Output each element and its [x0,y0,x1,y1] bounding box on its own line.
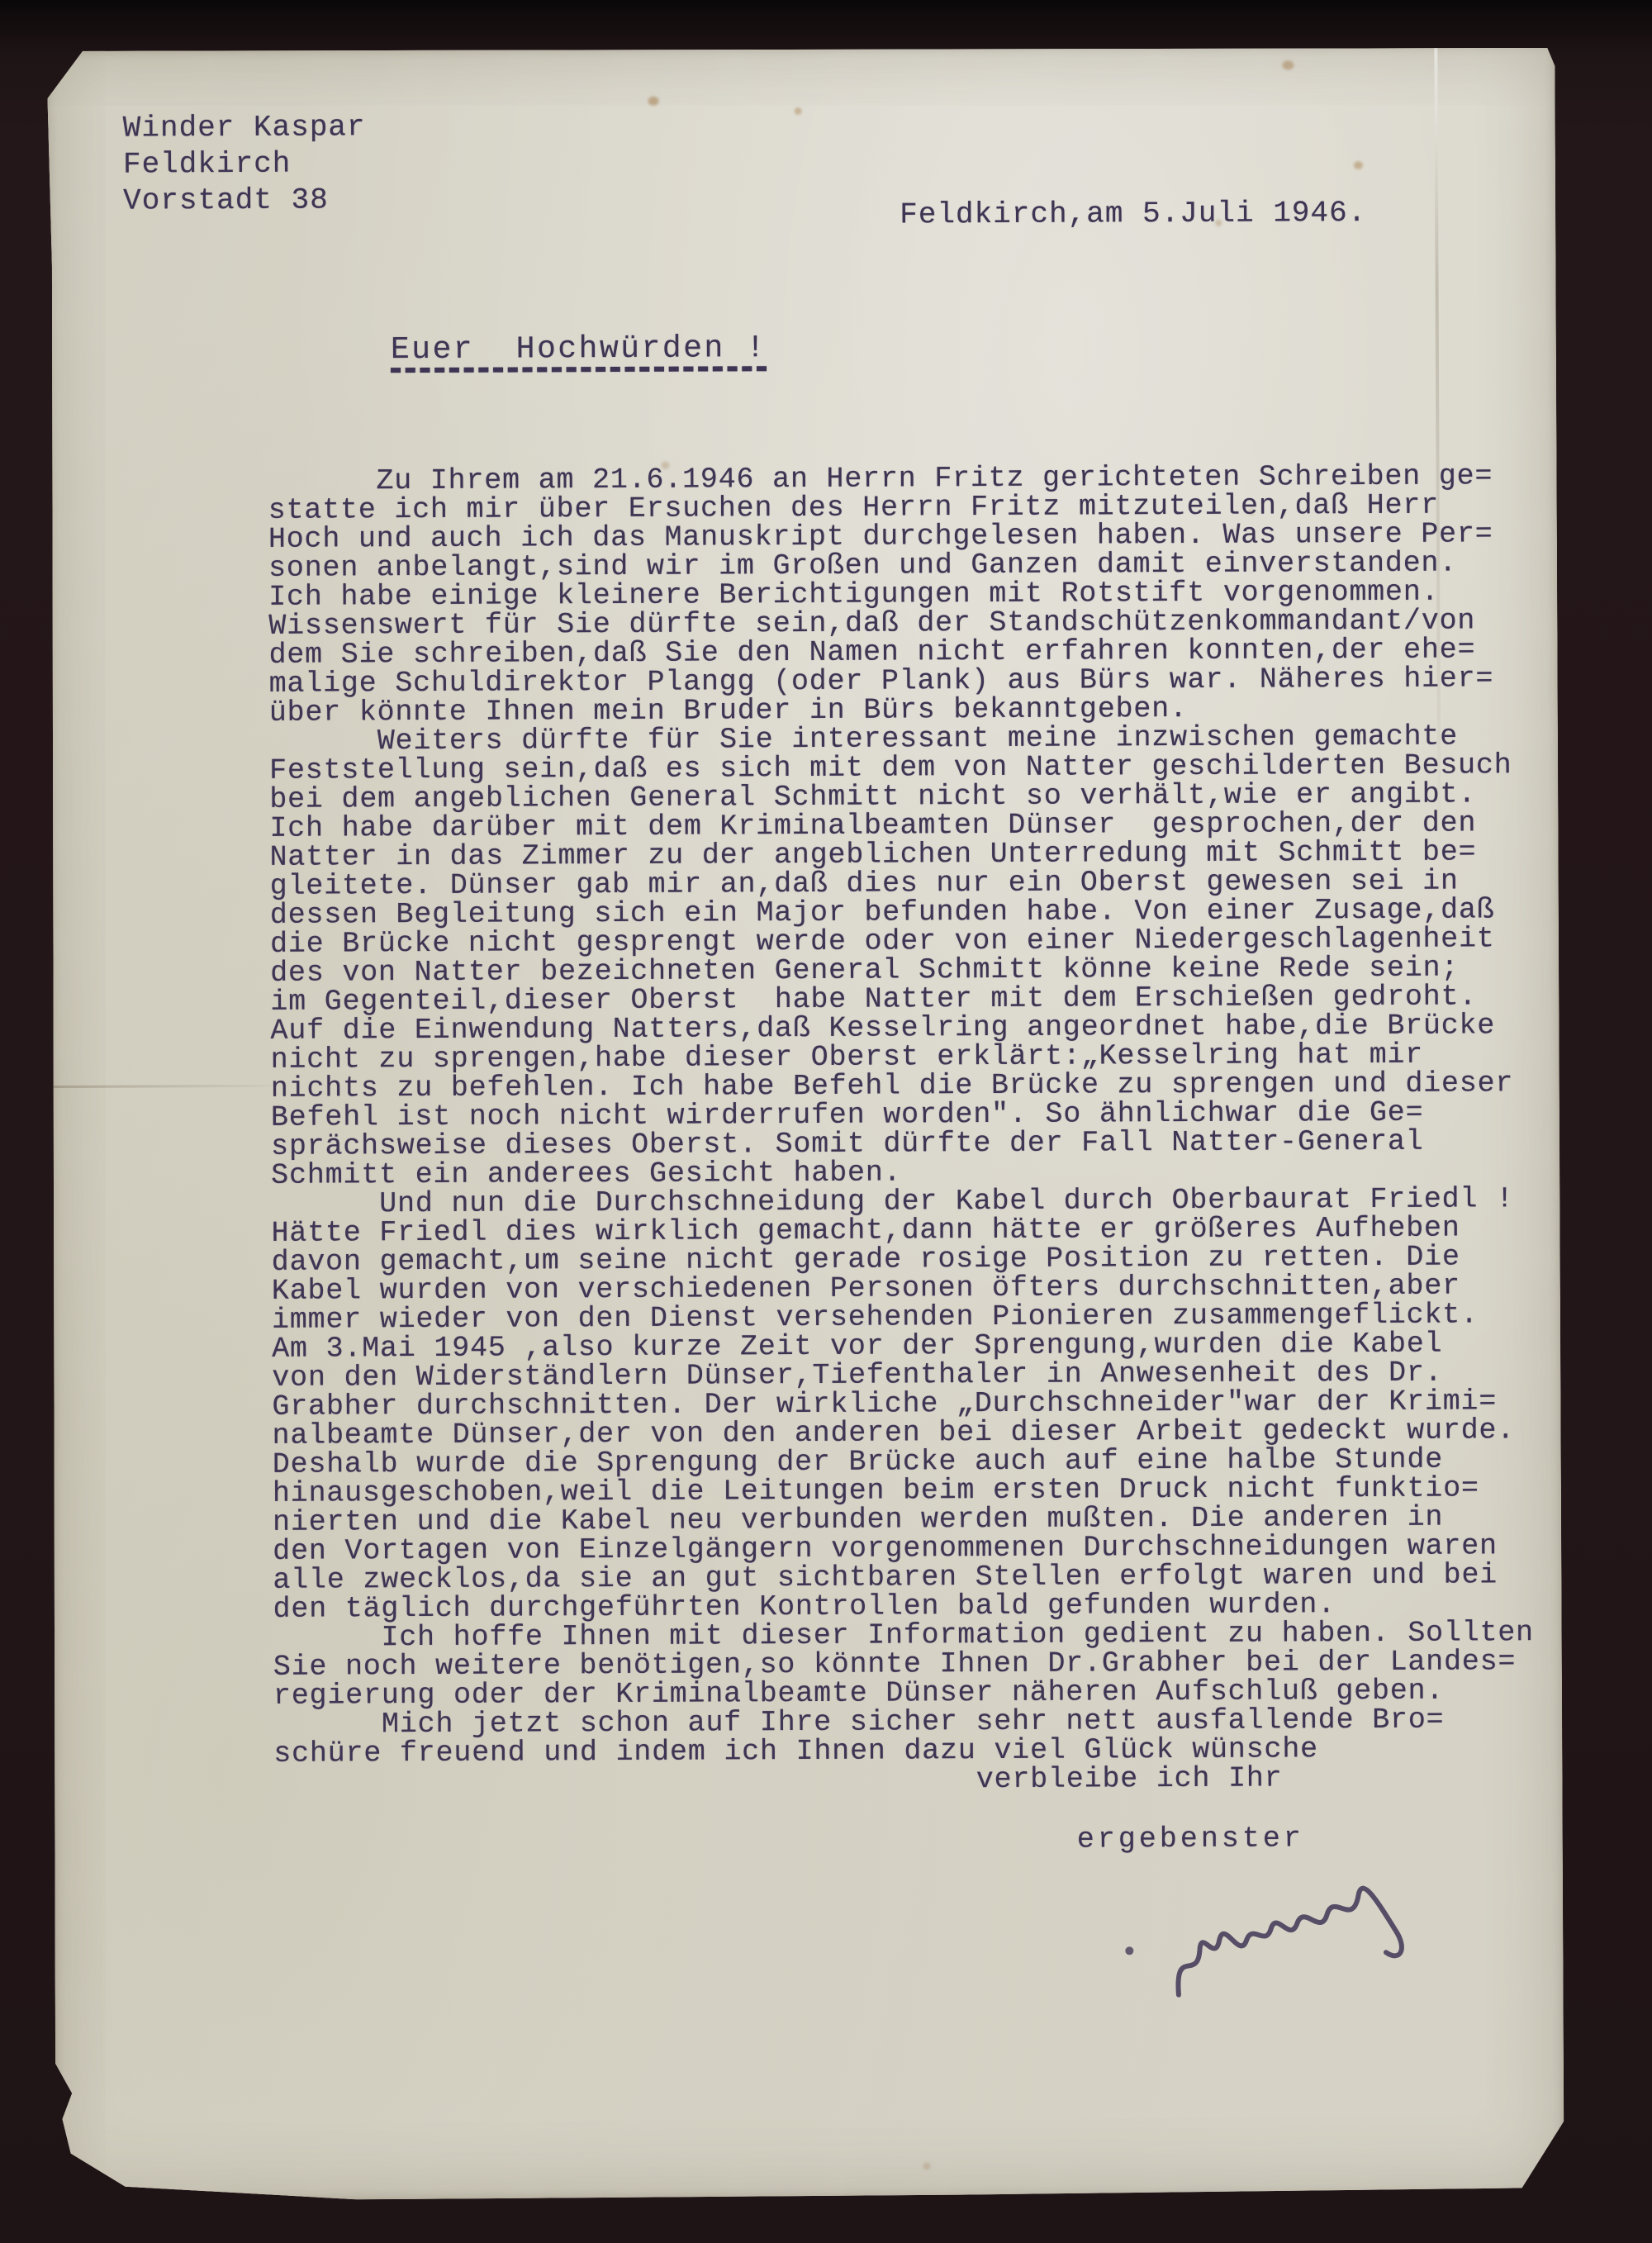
sender-street: Vorstadt 38 [123,182,366,219]
paper-stain [1282,60,1294,69]
letter-body: Zu Ihrem am 21.6.1946 an Herrn Fritz ger… [268,462,1550,1798]
sender-address: Winder Kaspar Feldkirch Vorstadt 38 [123,109,366,219]
paper-stain [1354,161,1363,169]
letter-page: Winder Kaspar Feldkirch Vorstadt 38 Feld… [46,45,1564,2201]
paper-stain [923,2162,930,2169]
body-line: sprächsweise dieses Oberst. Somit dürfte… [271,1127,1547,1162]
salutation: Euer Hochwürden ! [391,330,767,368]
signature-scrawl [1138,1829,1441,2048]
dateline: Feldkirch,am 5.Juli 1946. [900,196,1366,231]
paper-stain [648,97,659,106]
scanned-letter-scene: Winder Kaspar Feldkirch Vorstadt 38 Feld… [0,0,1652,2243]
signature-ink-dot [1125,1946,1133,1955]
paper-stain [795,107,802,115]
sender-name: Winder Kaspar [123,109,366,146]
sender-city: Feldkirch [123,145,366,183]
body-line: verbleibe ich Ihr [273,1763,1550,1798]
valediction: ergebenster [1077,1822,1304,1856]
horizontal-fold-crease [51,1085,299,1088]
